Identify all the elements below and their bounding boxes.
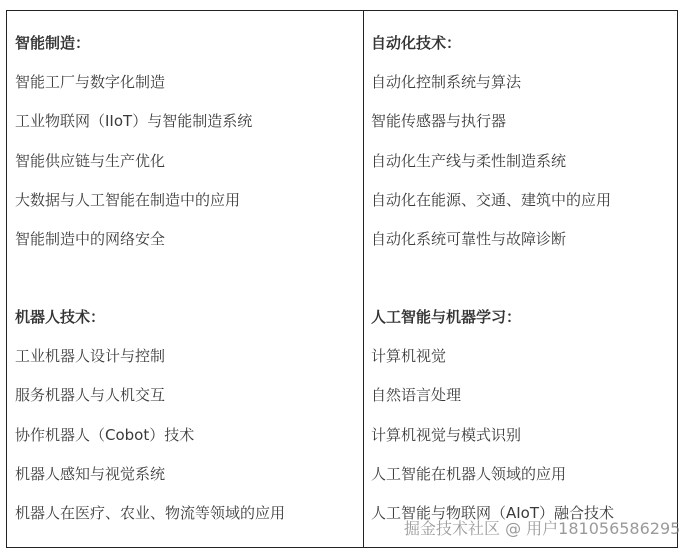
list-item: 自动化生产线与柔性制造系统 <box>371 151 611 171</box>
list-item: 协作机器人（Cobot）技术 <box>15 425 285 445</box>
list-item: 计算机视觉与模式识别 <box>371 425 614 445</box>
right-column: 自动化技术： 自动化控制系统与算法 智能传感器与执行器 自动化生产线与柔性制造系… <box>364 11 677 547</box>
list-item: 机器人感知与视觉系统 <box>15 464 285 484</box>
list-item: 智能工厂与数字化制造 <box>15 72 252 92</box>
left-column: 智能制造： 智能工厂与数字化制造 工业物联网（IIoT）与智能制造系统 智能供应… <box>7 11 364 547</box>
list-item: 自然语言处理 <box>371 385 614 405</box>
section-heading: 智能制造： <box>15 33 252 53</box>
list-item: 计算机视觉 <box>371 346 614 366</box>
section-heading: 人工智能与机器学习： <box>371 307 614 327</box>
section-ai-ml: 人工智能与机器学习： 计算机视觉 自然语言处理 计算机视觉与模式识别 人工智能在… <box>371 307 614 542</box>
list-item: 大数据与人工智能在制造中的应用 <box>15 190 252 210</box>
watermark: 掘金技术社区 @ 用户1810565862​95 <box>404 516 680 539</box>
list-item: 智能制造中的网络安全 <box>15 229 252 249</box>
list-item: 工业物联网（IIoT）与智能制造系统 <box>15 111 252 131</box>
list-item: 机器人在医疗、农业、物流等领域的应用 <box>15 503 285 523</box>
section-robotics: 机器人技术： 工业机器人设计与控制 服务机器人与人机交互 协作机器人（Cobot… <box>15 307 285 542</box>
list-item: 智能传感器与执行器 <box>371 111 611 131</box>
section-heading: 自动化技术： <box>371 33 611 53</box>
section-heading: 机器人技术： <box>15 307 285 327</box>
list-item: 智能供应链与生产优化 <box>15 151 252 171</box>
list-item: 工业机器人设计与控制 <box>15 346 285 366</box>
topics-table: 智能制造： 智能工厂与数字化制造 工业物联网（IIoT）与智能制造系统 智能供应… <box>6 10 678 548</box>
list-item: 自动化控制系统与算法 <box>371 72 611 92</box>
section-automation: 自动化技术： 自动化控制系统与算法 智能传感器与执行器 自动化生产线与柔性制造系… <box>371 33 611 268</box>
list-item: 自动化在能源、交通、建筑中的应用 <box>371 190 611 210</box>
list-item: 自动化系统可靠性与故障诊断 <box>371 229 611 249</box>
list-item: 服务机器人与人机交互 <box>15 385 285 405</box>
list-item: 人工智能在机器人领域的应用 <box>371 464 614 484</box>
section-smart-manufacturing: 智能制造： 智能工厂与数字化制造 工业物联网（IIoT）与智能制造系统 智能供应… <box>15 33 252 268</box>
